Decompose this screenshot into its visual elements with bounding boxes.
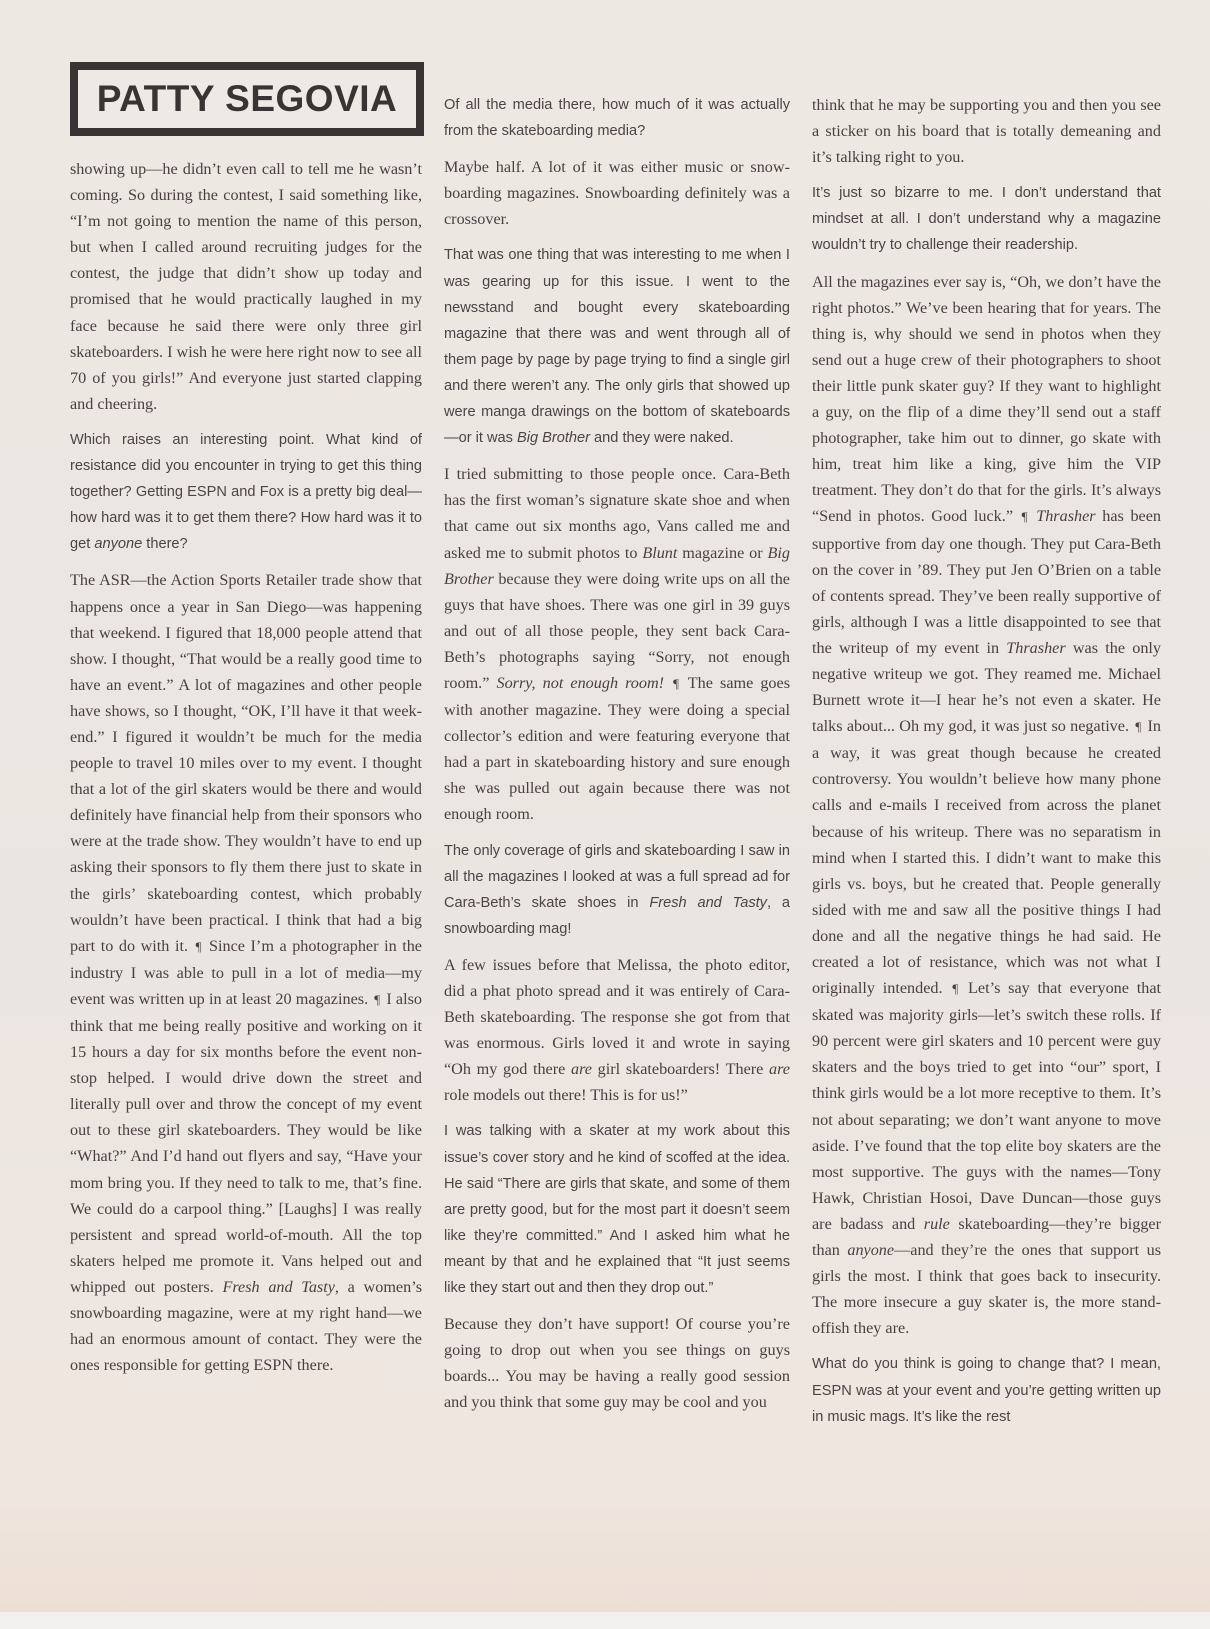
italic-text: Sorry, not enough room! [496, 674, 664, 692]
text-run: girl skateboarders! There [592, 1060, 769, 1078]
interview-question: It’s just so bizarre to me. I don’t unde… [812, 180, 1161, 258]
pilcrow-icon: ¶ [372, 992, 382, 1007]
text-run: The same goes with another magazine. The… [444, 674, 790, 823]
text-run: It’s just so bizarre to me. I don’t unde… [812, 185, 1161, 253]
pilcrow-icon: ¶ [194, 939, 204, 954]
text-run: role models out there! This is for us!” [444, 1086, 688, 1104]
page-bottom-edge [0, 1612, 1210, 1629]
text-run: Which raises an interesting point. What … [70, 432, 422, 552]
italic-text: Thrasher [1006, 639, 1065, 657]
text-run: Of all the media there, how much of it w… [444, 97, 790, 139]
text-run: Maybe half. A lot of it was either music… [444, 158, 790, 228]
text-run: magazine or [677, 544, 767, 562]
pilcrow-icon: ¶ [1020, 509, 1030, 524]
article-column-2: Of all the media there, how much of it w… [444, 92, 790, 1426]
text-run: I was talking with a skater at my work a… [444, 1123, 790, 1296]
pilcrow-icon: ¶ [950, 981, 960, 996]
italic-text: are [769, 1060, 790, 1078]
interview-answer: Because they don’t have support! Of cour… [444, 1311, 790, 1415]
interview-answer: A few issues before that Melissa, the ph… [444, 952, 790, 1109]
italic-text: are [571, 1060, 592, 1078]
interview-question: I was talking with a skater at my work a… [444, 1118, 790, 1301]
interview-question: The only coverage of girls and skateboar… [444, 838, 790, 942]
text-run: All the magazines ever say is, “Oh, we d… [812, 273, 1161, 526]
text-run: Let’s say that everyone that skated was … [812, 979, 1161, 1233]
text-run: I also think that me being really positi… [70, 990, 422, 1296]
text-run: That was one thing that was interesting … [444, 247, 790, 446]
text-run: think that he may be supporting you and … [812, 96, 1161, 166]
italic-text: Big Brother [517, 430, 590, 446]
text-run: and they were naked. [590, 430, 734, 446]
text-run: The ASR—the Action Sports Retailer trade… [70, 571, 422, 954]
interview-answer: The ASR—the Action Sports Retailer trade… [70, 567, 422, 1378]
italic-text: Blunt [642, 544, 677, 562]
italic-text: Fresh and Tasty [649, 895, 767, 911]
interview-answer: think that he may be supporting you and … [812, 92, 1161, 170]
text-run: there? [142, 536, 187, 552]
article-column-1: showing up—he didn’t even call to tell m… [70, 156, 422, 1388]
italic-text: rule [924, 1215, 950, 1233]
text-run: has been supportive from day one though.… [812, 507, 1161, 656]
italic-text: Thrasher [1036, 507, 1095, 525]
interview-answer: All the magazines ever say is, “Oh, we d… [812, 269, 1161, 1342]
italic-text: anyone [94, 536, 142, 552]
text-run: Because they don’t have support! Of cour… [444, 1315, 790, 1411]
text-run: What do you think is going to change tha… [812, 1356, 1161, 1424]
interview-answer: showing up—he didn’t even call to tell m… [70, 156, 422, 417]
italic-text: anyone [847, 1241, 894, 1259]
interview-question: Of all the media there, how much of it w… [444, 92, 790, 144]
text-run: In a way, it was great though because he… [812, 717, 1161, 997]
text-run: showing up—he didn’t even call to tell m… [70, 160, 422, 413]
interview-question: Which raises an interesting point. What … [70, 427, 422, 557]
interview-answer: Maybe half. A lot of it was either music… [444, 154, 790, 232]
interview-answer: I tried submitting to those people once.… [444, 461, 790, 827]
page-title: PATTY SEGOVIA [97, 78, 398, 120]
article-column-3: think that he may be supporting you and … [812, 92, 1161, 1440]
pilcrow-icon: ¶ [1133, 719, 1143, 734]
interview-question: What do you think is going to change tha… [812, 1351, 1161, 1429]
italic-text: Fresh and Tasty [222, 1278, 334, 1296]
interview-question: That was one thing that was interesting … [444, 242, 790, 451]
pilcrow-icon: ¶ [671, 676, 681, 691]
title-box: PATTY SEGOVIA [70, 62, 424, 136]
